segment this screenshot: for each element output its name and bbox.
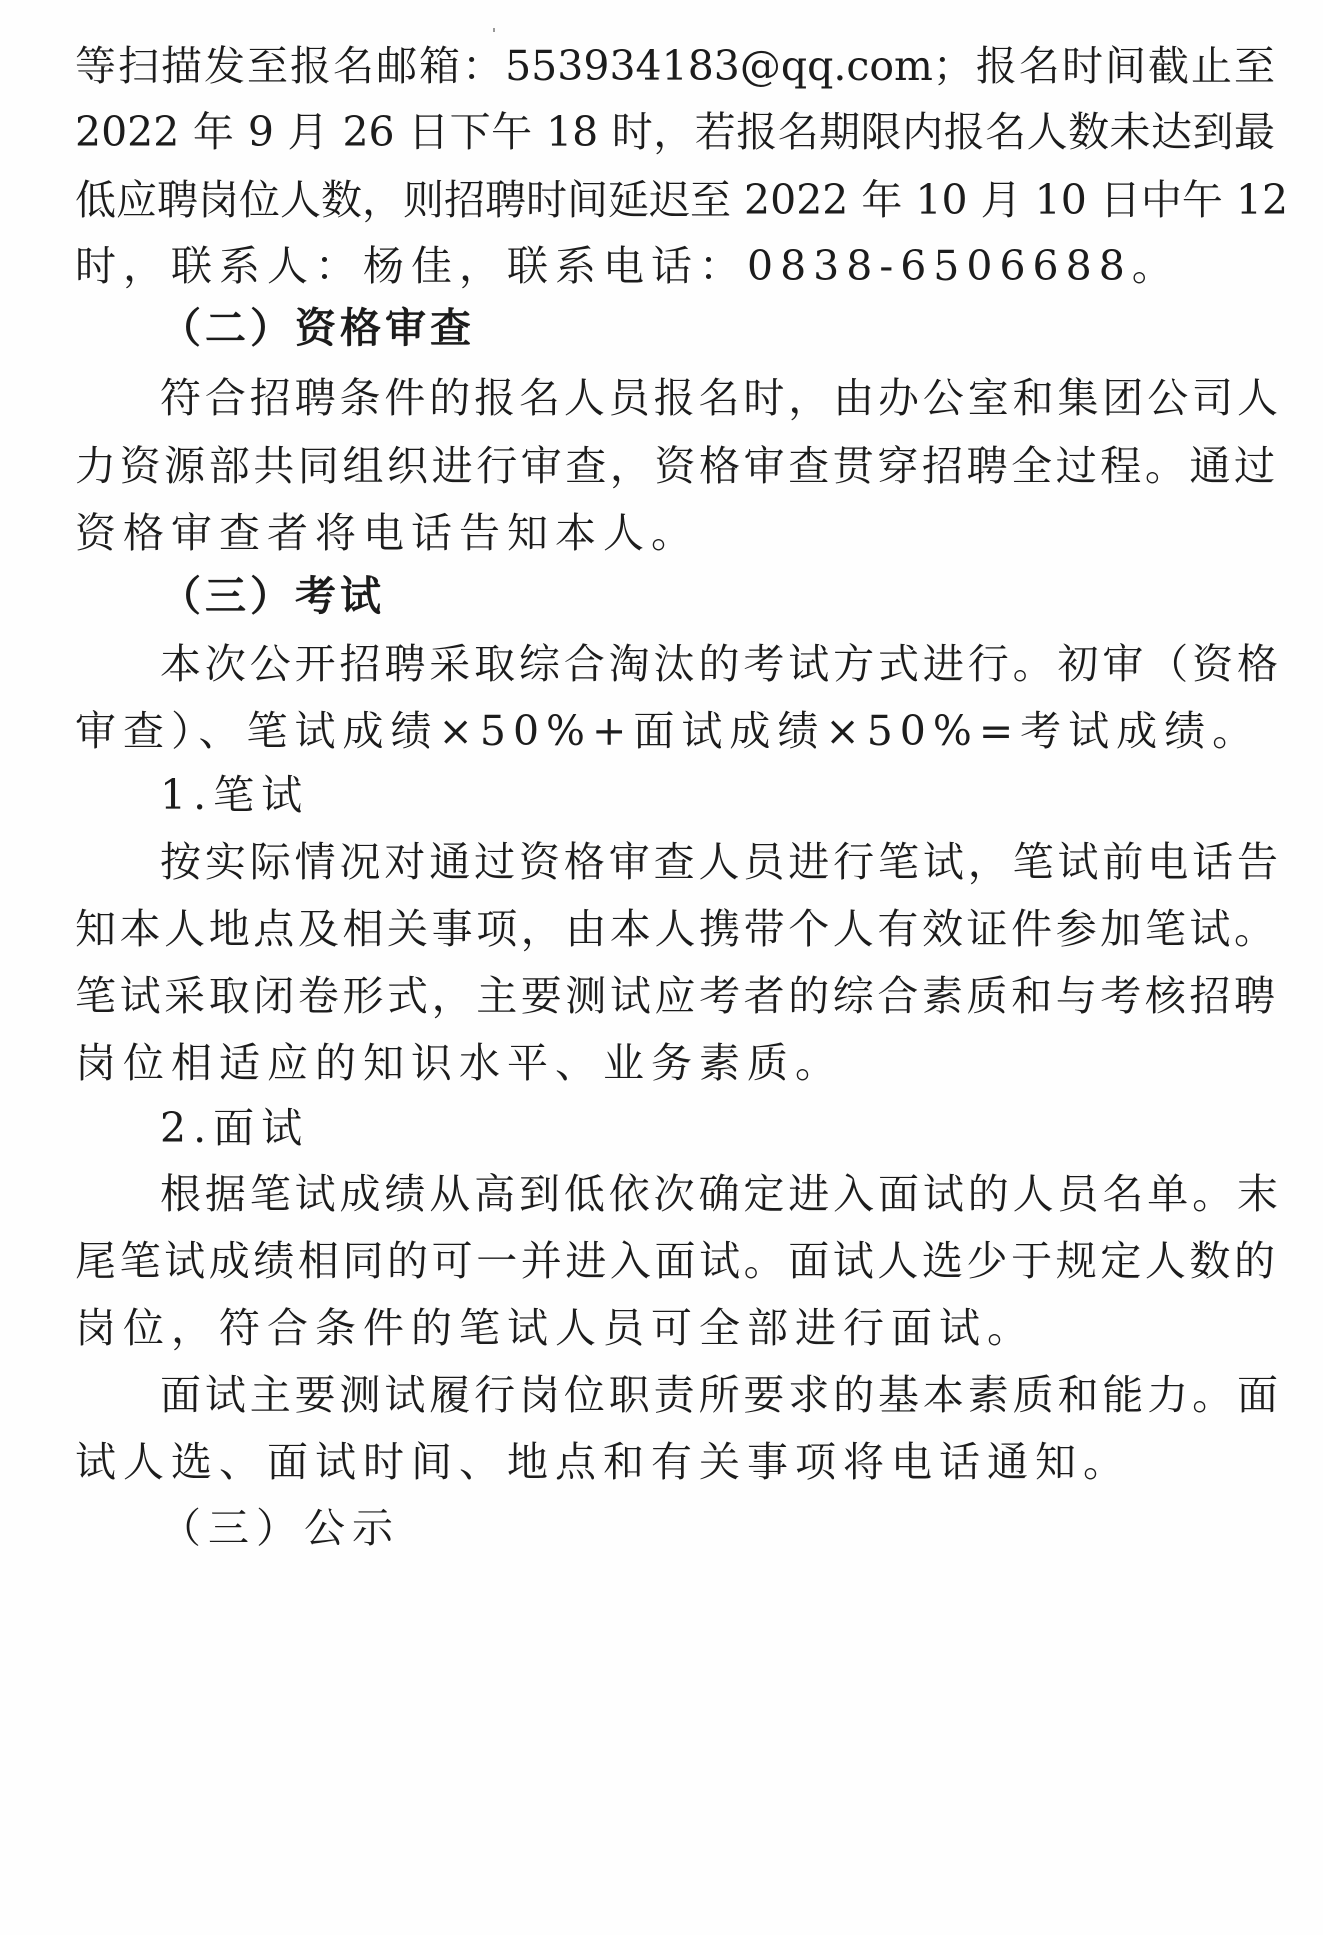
paragraph-line: 本次公开招聘采取综合淘汰的考试方式进行。初审（资格 <box>160 636 1278 692</box>
scanned-document-page: 等扫描发至报名邮箱：553934183@qq.com；报名时间截止至 2022 … <box>0 0 1323 1935</box>
body-line: 笔试采取闭卷形式，主要测试应考者的综合素质和与考核招聘 <box>75 968 1275 1024</box>
body-line: 尾笔试成绩相同的可一并进入面试。面试人选少于规定人数的 <box>75 1233 1275 1289</box>
body-line: 岗位相适应的知识水平、业务素质。 <box>75 1035 843 1091</box>
paragraph-line: 面试主要测试履行岗位职责所要求的基本素质和能力。面 <box>160 1367 1278 1423</box>
body-line: 试人选、面试时间、地点和有关事项将电话通知。 <box>75 1434 1131 1490</box>
subheading-written-exam: 1.笔试 <box>160 767 309 823</box>
paragraph-line: 按实际情况对通过资格审查人员进行笔试，笔试前电话告 <box>160 834 1278 890</box>
section-heading-qualification-review: （二）资格审查 <box>160 300 475 356</box>
scan-artifact <box>493 28 495 32</box>
body-line: 知本人地点及相关事项，由本人携带个人有效证件参加笔试。 <box>75 901 1275 957</box>
body-line: 低应聘岗位人数，则招聘时间延迟至 2022 年 10 月 10 日中午 12 <box>75 172 1275 228</box>
body-line: 审查）、笔试成绩×50%+面试成绩×50%=考试成绩。 <box>75 703 1260 759</box>
paragraph-line: 符合招聘条件的报名人员报名时，由办公室和集团公司人 <box>160 370 1278 426</box>
body-line: 2022 年 9 月 26 日下午 18 时，若报名期限内报名人数未达到最 <box>75 104 1275 160</box>
section-heading-exam: （三）考试 <box>160 568 385 624</box>
section-heading-public-notice: （三）公示 <box>160 1500 400 1556</box>
body-line: 时，联系人：杨佳，联系电话：0838-6506688。 <box>75 238 1180 294</box>
body-line: 岗位，符合条件的笔试人员可全部进行面试。 <box>75 1300 1035 1356</box>
body-line: 等扫描发至报名邮箱：553934183@qq.com；报名时间截止至 <box>75 38 1275 94</box>
body-line: 资格审查者将电话告知本人。 <box>75 505 699 561</box>
paragraph-line: 根据笔试成绩从高到低依次确定进入面试的人员名单。末 <box>160 1166 1278 1222</box>
body-line: 力资源部共同组织进行审查，资格审查贯穿招聘全过程。通过 <box>75 438 1275 494</box>
subheading-interview: 2.面试 <box>160 1100 309 1156</box>
